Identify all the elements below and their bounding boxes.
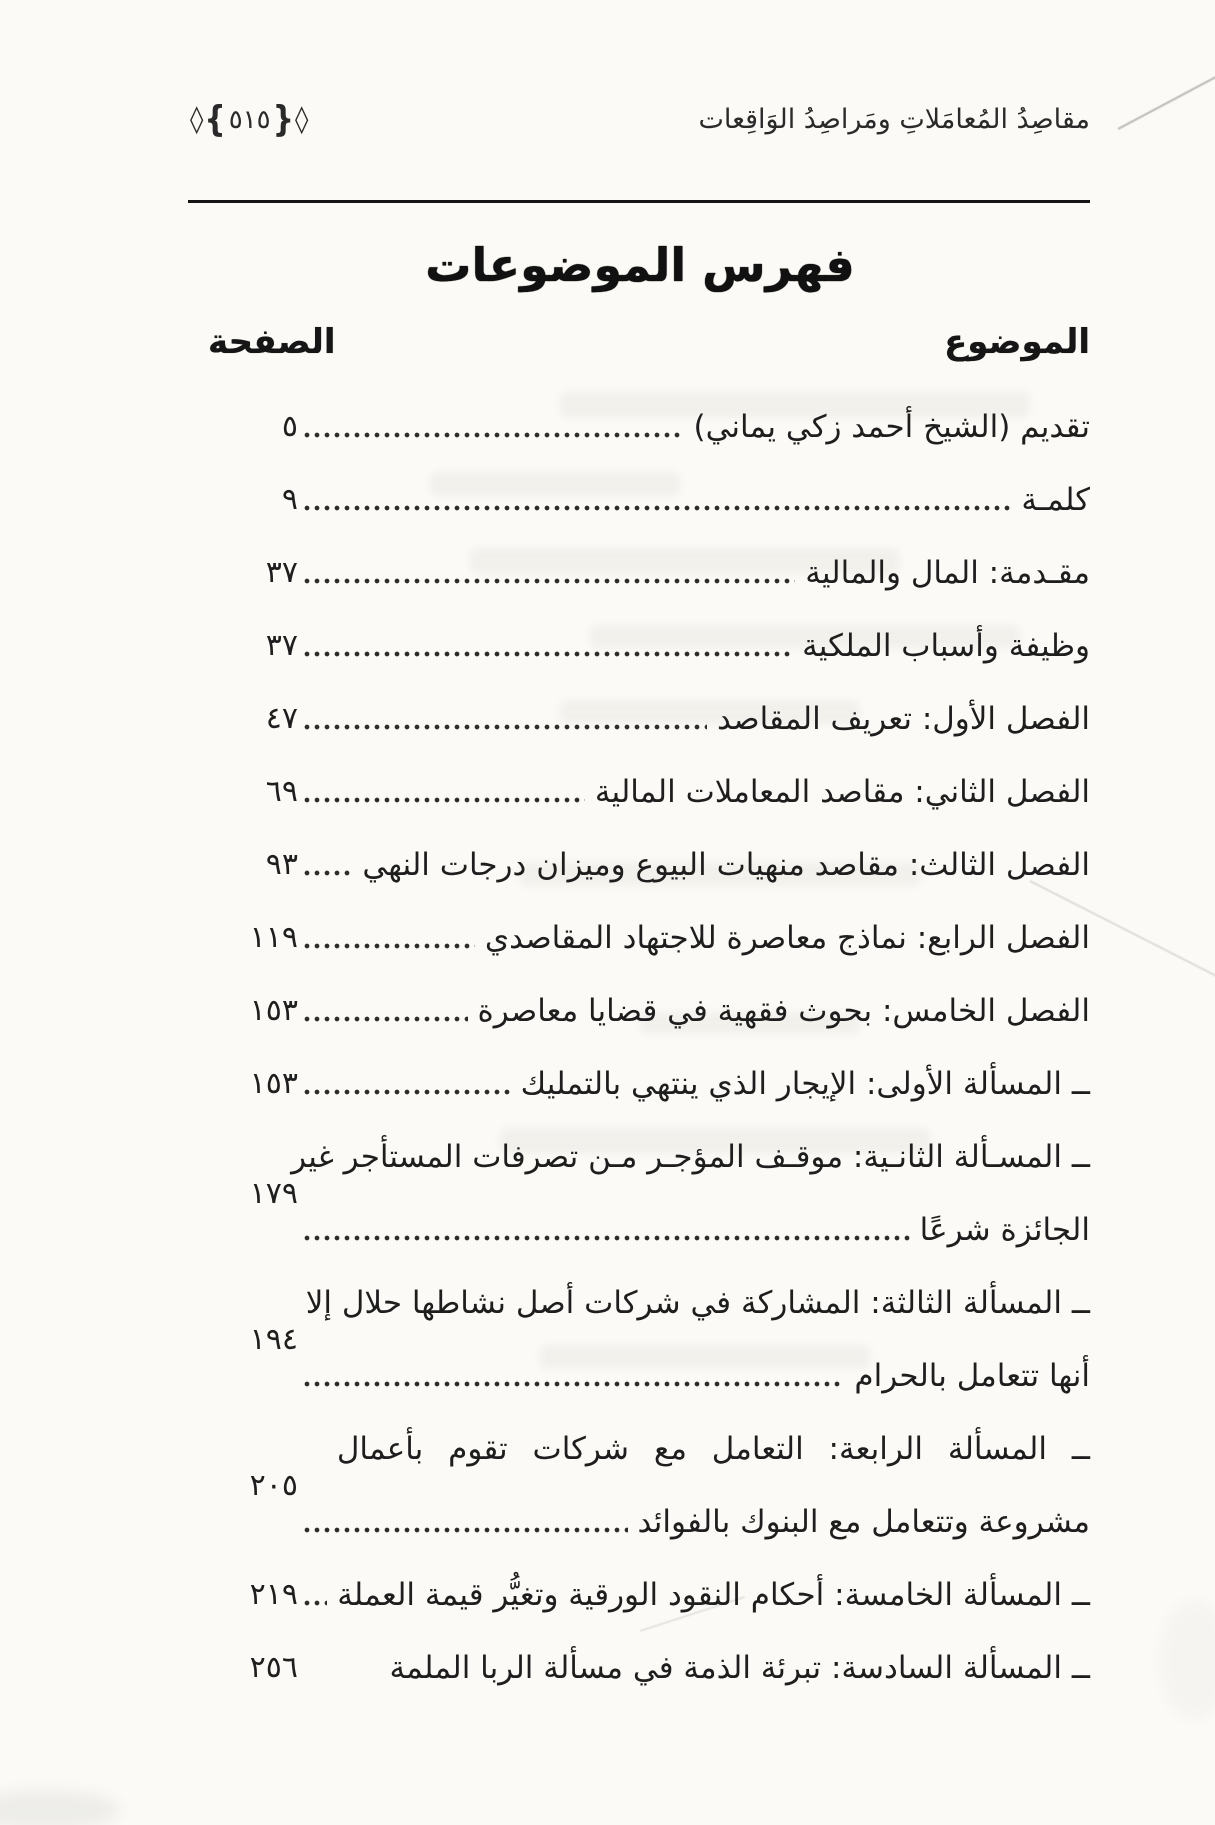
toc-entry-lines: ــ المسألة السادسة: تبرئة الذمة في مسألة… [298, 1631, 1090, 1704]
page-number-cell: ٩ [190, 463, 298, 536]
entry-page-number: ٥ [282, 409, 298, 444]
entry-page-number: ٢٥٦ [250, 1650, 298, 1685]
entry-page-number: ١٥٣ [250, 1066, 298, 1101]
entry-page-number: ٩٣ [266, 847, 298, 882]
toc-entry-text: الفصل الثالث: مقاصد منهيات البيوع وميزان… [362, 847, 1090, 883]
toc-entry-line: ــ المسألة السادسة: تبرئة الذمة في مسألة… [298, 1631, 1090, 1704]
toc-entry-lines: الفصل الثاني: مقاصد المعاملات المالية [298, 755, 1090, 828]
toc-entry-lines: ــ المسألة الأولى: الإيجار الذي ينتهي با… [298, 1047, 1090, 1120]
badge-diamond-icon: ◊ [190, 104, 204, 135]
toc-entry-line: مقـدمة: المال والمالية [298, 536, 1090, 609]
toc-entry-lines: مقـدمة: المال والمالية [298, 536, 1090, 609]
toc-entry-lines: الفصل الرابع: نماذج معاصرة للاجتهاد المق… [298, 901, 1090, 974]
dotted-leader [302, 505, 1011, 511]
toc-entry-lines: ــ المسألة الثالثة: المشاركة في شركات أص… [298, 1266, 1090, 1412]
dotted-leader [302, 1235, 910, 1241]
toc-entry-text: الفصل الخامس: بحوث فقهية في قضايا معاصرة [478, 993, 1090, 1029]
dotted-leader [302, 432, 683, 438]
toc-entry-lines: الفصل الثالث: مقاصد منهيات البيوع وميزان… [298, 828, 1090, 901]
toc-title: فهرس الموضوعات [190, 238, 1090, 292]
toc-entry-text: ــ المسألة الرابعة: التعامل مع شركات تقو… [337, 1431, 1090, 1467]
toc-entry-text: الفصل الثاني: مقاصد المعاملات المالية [595, 774, 1090, 810]
toc-entry-lines: الفصل الخامس: بحوث فقهية في قضايا معاصرة [298, 974, 1090, 1047]
toc-entry-lines: ــ المسألة الرابعة: التعامل مع شركات تقو… [298, 1412, 1090, 1558]
toc-entries: تقديم (الشيخ أحمد زكي يماني) ٥ كلمـة ٩ م… [190, 390, 1090, 1704]
page-number-cell: ١١٩ [190, 901, 298, 974]
column-header-page: الصفحة [208, 322, 336, 362]
toc-entry: ــ المسألة الخامسة: أحكام النقود الورقية… [190, 1558, 1090, 1631]
page-number-cell: ٥ [190, 390, 298, 463]
toc-entry: ــ المسألة الأولى: الإيجار الذي ينتهي با… [190, 1047, 1090, 1120]
toc-entry-line: أنها تتعامل بالحرام [298, 1339, 1090, 1412]
entry-page-number: ١١٩ [250, 920, 298, 955]
toc-entry: ــ المسـألة الثانـية: موقـف المؤجـر مـن … [190, 1120, 1090, 1266]
toc-entry-text: الفصل الأول: تعريف المقاصد [717, 701, 1090, 737]
toc-entry-line: الفصل الرابع: نماذج معاصرة للاجتهاد المق… [298, 901, 1090, 974]
toc-entry-text: مقـدمة: المال والمالية [805, 555, 1090, 591]
entry-page-number: ٣٧ [266, 555, 298, 590]
toc-entry-line: تقديم (الشيخ أحمد زكي يماني) [298, 390, 1090, 463]
scan-smudge [0, 1790, 120, 1825]
entry-page-number: ٤٧ [266, 701, 298, 736]
page-number-cell: ٢١٩ [190, 1558, 298, 1631]
toc-entry-line: ــ المسـألة الثانـية: موقـف المؤجـر مـن … [298, 1120, 1090, 1193]
toc-entry: ــ المسألة الثالثة: المشاركة في شركات أص… [190, 1266, 1090, 1412]
scanned-book-page: مقاصِدُ المُعامَلاتِ ومَراصِدُ الوَاقِعا… [0, 0, 1215, 1825]
toc-entry: ــ المسألة السادسة: تبرئة الذمة في مسألة… [190, 1631, 1090, 1704]
toc-entry-line: الفصل الثاني: مقاصد المعاملات المالية [298, 755, 1090, 828]
badge-diamond-icon: ◊ [295, 104, 309, 135]
page-number-cell: ٩٣ [190, 828, 298, 901]
toc-entry-line: ــ المسألة الخامسة: أحكام النقود الورقية… [298, 1558, 1090, 1631]
entry-page-number: ٣٧ [266, 628, 298, 663]
dotted-leader [302, 797, 585, 803]
page-number-cell: ٦٩ [190, 755, 298, 828]
toc-entry: الفصل الأول: تعريف المقاصد ٤٧ [190, 682, 1090, 755]
page-number-cell: ٣٧ [190, 609, 298, 682]
dotted-leader [302, 1527, 628, 1533]
toc-entry-line: كلمـة [298, 463, 1090, 536]
toc-entry-lines: وظيفة وأسباب الملكية [298, 609, 1090, 682]
toc-entry: الفصل الرابع: نماذج معاصرة للاجتهاد المق… [190, 901, 1090, 974]
entry-page-number: ١٧٩ [250, 1176, 298, 1211]
book-title: مقاصِدُ المُعامَلاتِ ومَراصِدُ الوَاقِعا… [698, 104, 1090, 135]
toc-entry-lines: ــ المسـألة الثانـية: موقـف المؤجـر مـن … [298, 1120, 1090, 1266]
toc-entry: مقـدمة: المال والمالية ٣٧ [190, 536, 1090, 609]
toc-entry-text: ــ المسألة السادسة: تبرئة الذمة في مسألة… [390, 1650, 1090, 1686]
toc-entry: الفصل الثاني: مقاصد المعاملات المالية ٦٩ [190, 755, 1090, 828]
toc-entry-lines: كلمـة [298, 463, 1090, 536]
entry-page-number: ٢٠٥ [250, 1468, 298, 1503]
page-number-cell: ٣٧ [190, 536, 298, 609]
toc-entry-text: تقديم (الشيخ أحمد زكي يماني) [693, 409, 1090, 445]
entry-page-number: ٩ [282, 482, 298, 517]
toc-entry-text: ــ المسألة الثالثة: المشاركة في شركات أص… [306, 1285, 1090, 1321]
toc-entry-lines: ــ المسألة الخامسة: أحكام النقود الورقية… [298, 1558, 1090, 1631]
page-number-cell: ٤٧ [190, 682, 298, 755]
toc-entry-line: الفصل الثالث: مقاصد منهيات البيوع وميزان… [298, 828, 1090, 901]
toc-entry-text: الفصل الرابع: نماذج معاصرة للاجتهاد المق… [485, 920, 1090, 956]
dotted-leader [302, 1016, 468, 1022]
toc-entry-text: وظيفة وأسباب الملكية [802, 628, 1090, 664]
entry-page-number: ٢١٩ [250, 1577, 298, 1612]
toc-entry-line: مشروعة وتتعامل مع البنوك بالفوائد [298, 1485, 1090, 1558]
column-header-subject: الموضوع [944, 322, 1090, 362]
badge-open-brace: { [204, 99, 226, 141]
scan-smudge [1160, 1600, 1215, 1720]
toc-entry-text: ــ المسألة الخامسة: أحكام النقود الورقية… [337, 1577, 1090, 1613]
crease-line [1118, 69, 1215, 129]
toc-entry-line: ــ المسألة الأولى: الإيجار الذي ينتهي با… [298, 1047, 1090, 1120]
toc-entry-text: ــ المسـألة الثانـية: موقـف المؤجـر مـن … [291, 1139, 1090, 1175]
toc-entry: تقديم (الشيخ أحمد زكي يماني) ٥ [190, 390, 1090, 463]
toc-entry: وظيفة وأسباب الملكية ٣٧ [190, 609, 1090, 682]
toc-entry-line: ــ المسألة الثالثة: المشاركة في شركات أص… [298, 1266, 1090, 1339]
toc-entry-text: الجائزة شرعًا [920, 1212, 1090, 1248]
running-header: مقاصِدُ المُعامَلاتِ ومَراصِدُ الوَاقِعا… [190, 102, 1090, 137]
toc-entry-text: كلمـة [1021, 482, 1090, 518]
toc-entry-line: الجائزة شرعًا [298, 1193, 1090, 1266]
toc-entry: ــ المسألة الرابعة: التعامل مع شركات تقو… [190, 1412, 1090, 1558]
page-number-cell: ١٥٣ [190, 974, 298, 1047]
dotted-leader [302, 1600, 327, 1606]
page-number-cell: ١٥٣ [190, 1047, 298, 1120]
header-divider-rule [188, 200, 1090, 203]
toc-entry-text: ــ المسألة الأولى: الإيجار الذي ينتهي با… [521, 1066, 1090, 1102]
badge-close-brace: } [273, 99, 295, 141]
entry-page-number: ١٥٣ [250, 993, 298, 1028]
dotted-leader [302, 724, 707, 730]
toc-entry-line: وظيفة وأسباب الملكية [298, 609, 1090, 682]
dotted-leader [302, 1381, 844, 1387]
toc-entry-line: ــ المسألة الرابعة: التعامل مع شركات تقو… [298, 1412, 1090, 1485]
toc-entry-text: أنها تتعامل بالحرام [854, 1358, 1090, 1394]
page-number-cell: ٢٥٦ [190, 1631, 298, 1704]
dotted-leader [302, 578, 795, 584]
toc-entry-line: الفصل الأول: تعريف المقاصد [298, 682, 1090, 755]
toc-column-headers: الموضوع الصفحة [190, 322, 1090, 362]
toc-entry-lines: تقديم (الشيخ أحمد زكي يماني) [298, 390, 1090, 463]
page-number-cell: ١٧٩ [190, 1120, 298, 1266]
dotted-leader [302, 870, 352, 876]
entry-page-number: ٦٩ [266, 774, 298, 809]
dotted-leader [302, 1089, 511, 1095]
toc-entry: الفصل الخامس: بحوث فقهية في قضايا معاصرة… [190, 974, 1090, 1047]
toc-entry-text: مشروعة وتتعامل مع البنوك بالفوائد [638, 1504, 1090, 1540]
dotted-leader [302, 943, 475, 949]
dotted-leader [302, 651, 792, 657]
page-number: ٥١٥ [227, 105, 273, 135]
page-number-cell: ١٩٤ [190, 1266, 298, 1412]
page-number-cell: ٢٠٥ [190, 1412, 298, 1558]
toc-entry-lines: الفصل الأول: تعريف المقاصد [298, 682, 1090, 755]
toc-entry-line: الفصل الخامس: بحوث فقهية في قضايا معاصرة [298, 974, 1090, 1047]
toc-entry: الفصل الثالث: مقاصد منهيات البيوع وميزان… [190, 828, 1090, 901]
toc-entry: كلمـة ٩ [190, 463, 1090, 536]
entry-page-number: ١٩٤ [250, 1322, 298, 1357]
page-number-badge: ◊{٥١٥}◊ [190, 102, 309, 137]
